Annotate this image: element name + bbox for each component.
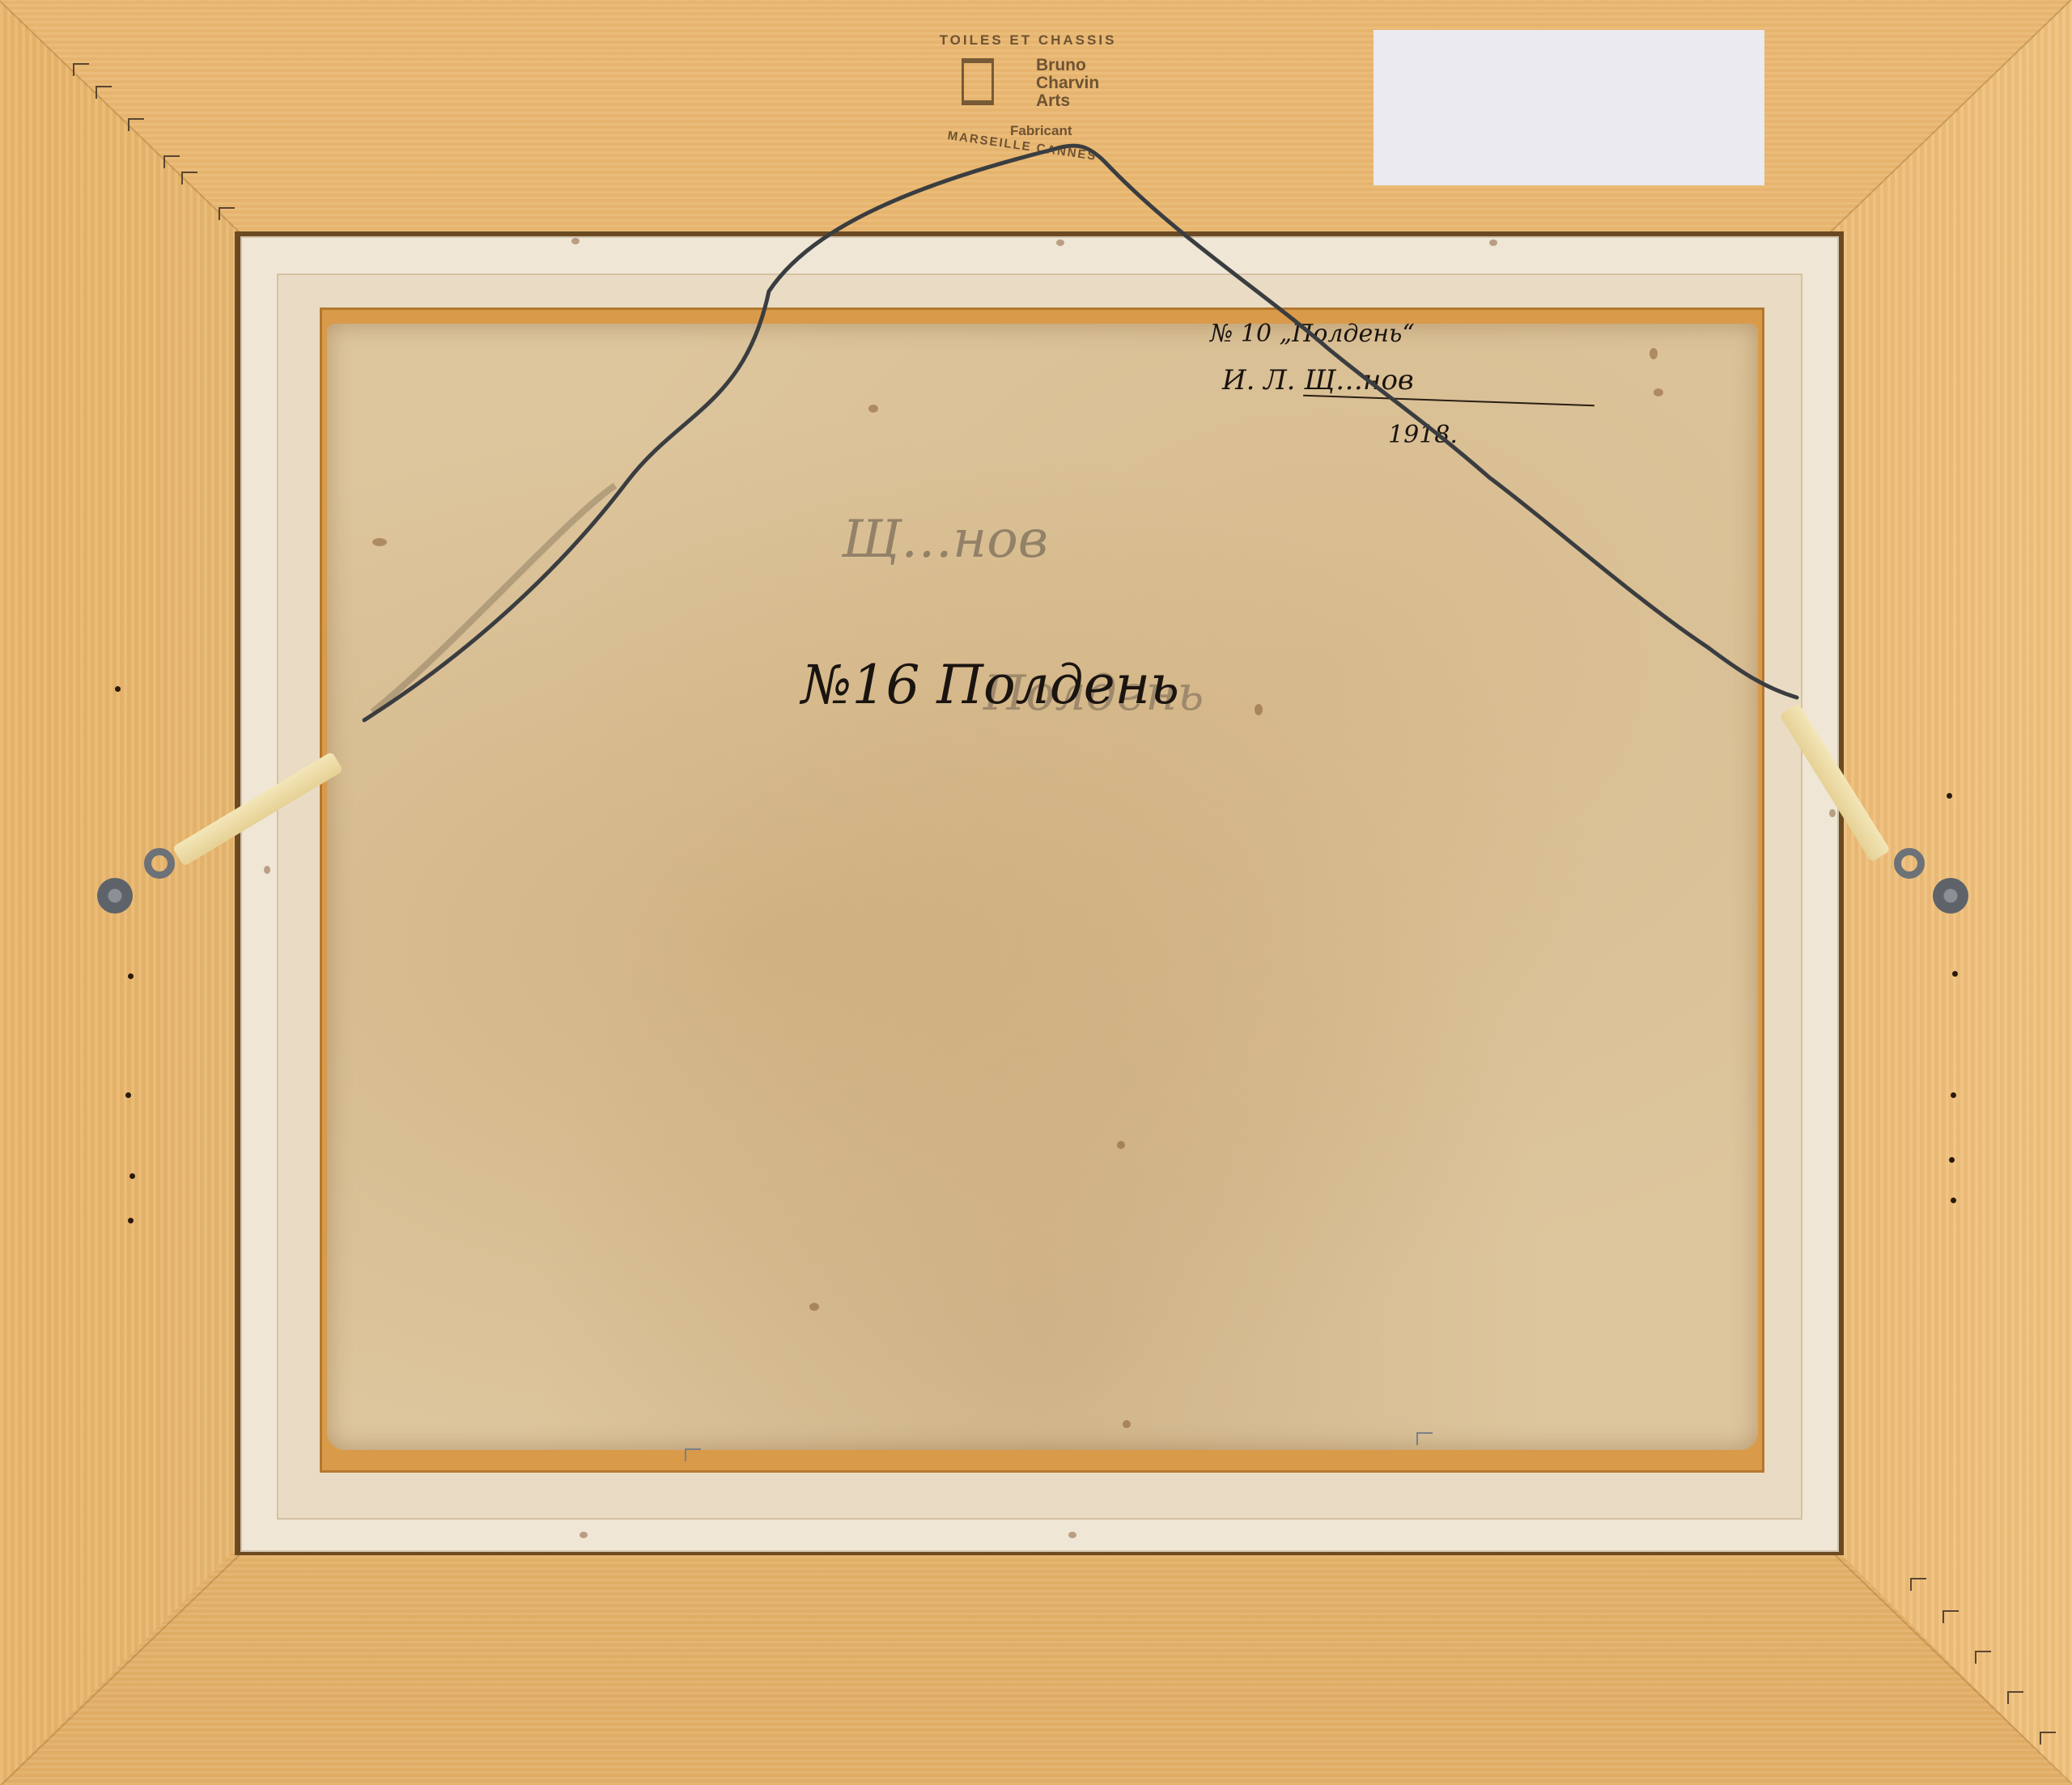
- hanging-wire[interactable]: [0, 0, 2072, 1785]
